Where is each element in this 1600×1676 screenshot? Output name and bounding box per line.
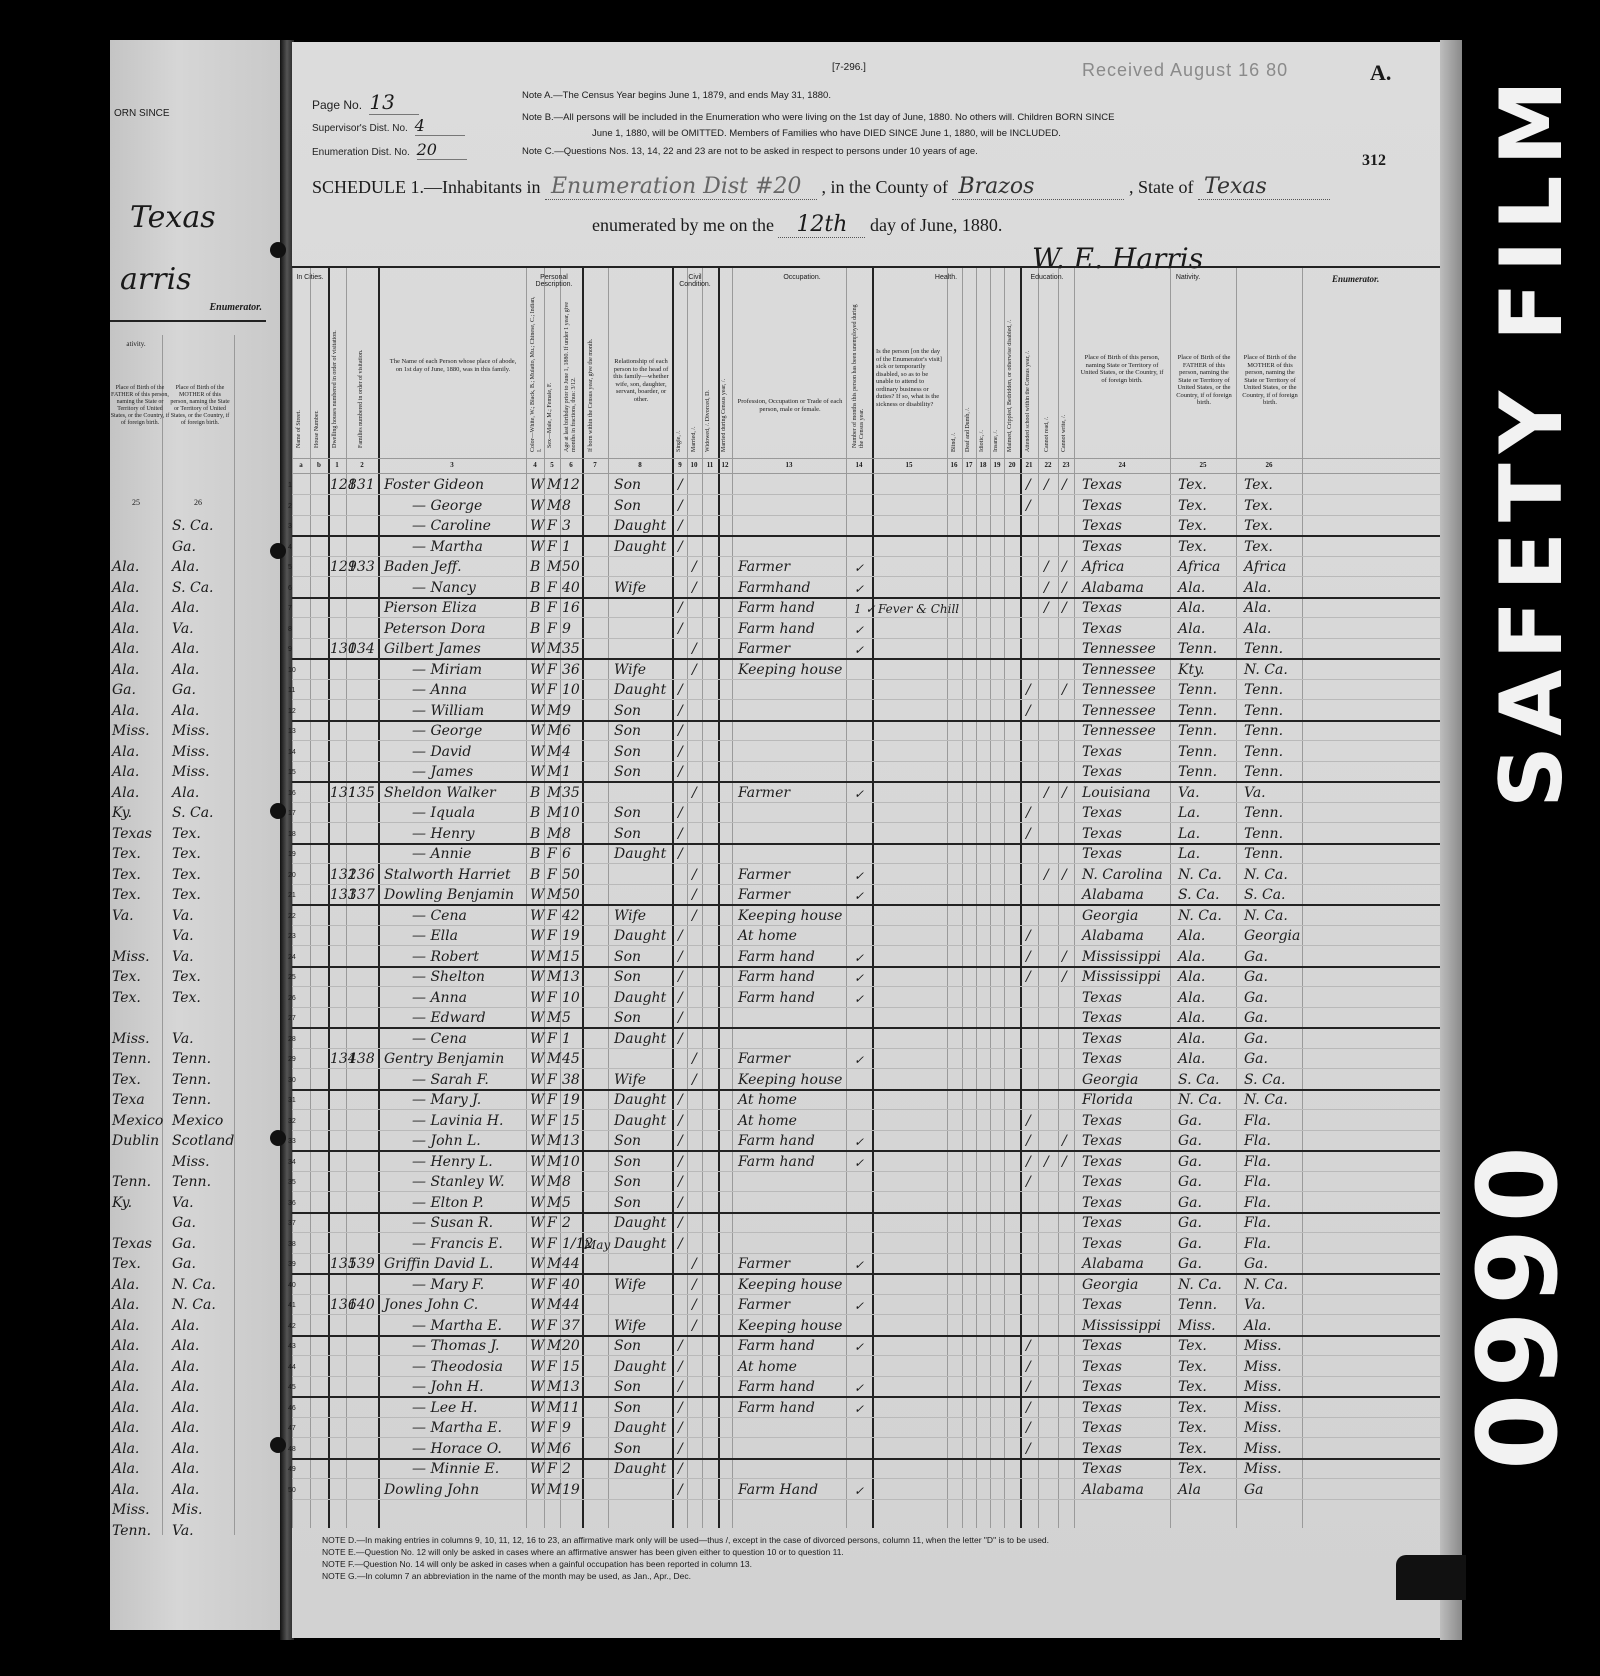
left-page-row: Tex.Tex. xyxy=(110,844,266,864)
relationship: Daught xyxy=(614,1236,666,1252)
table-row: 2424— RobertWM15Son/Farm hand✓//Mississi… xyxy=(292,946,1440,968)
color-code: W xyxy=(530,498,544,514)
table-row: 1616131135Sheldon WalkerBM35/Farmer✓//Lo… xyxy=(292,782,1440,803)
relationship: Son xyxy=(614,1174,641,1190)
birthplace: Texas xyxy=(1082,1400,1122,1416)
person-name: — Martha xyxy=(412,539,483,555)
age: 15 xyxy=(562,1359,580,1375)
person-name: — Nancy xyxy=(412,580,476,596)
enum-suffix: day of June, 1880. xyxy=(870,215,1002,235)
color-code: W xyxy=(530,1297,544,1313)
note-a: Note A.—The Census Year begins June 1, 1… xyxy=(522,90,831,101)
line-number: 36 xyxy=(288,1200,296,1207)
person-name: Foster Gideon xyxy=(384,477,484,493)
table-row: 2929134138Gentry BenjaminWM45/Farmer✓Tex… xyxy=(292,1048,1440,1069)
mother-birthplace: Tex. xyxy=(172,990,201,1006)
mother-birthplace: N. Ca. xyxy=(172,1297,216,1313)
occupation: Keeping house xyxy=(738,908,842,924)
age: 15 xyxy=(562,1113,580,1129)
mother-birthplace: Va. xyxy=(1244,785,1266,801)
family-number: 140 xyxy=(348,1297,375,1313)
mother-birthplace: Mexico xyxy=(172,1113,223,1129)
table-row: 3333— John L.WM13Son/Farm hand✓//TexasGa… xyxy=(292,1130,1440,1152)
person-name: — Theodosia xyxy=(412,1359,503,1375)
mother-birthplace: Tex. xyxy=(1244,518,1273,534)
relationship: Son xyxy=(614,1379,641,1395)
birthplace: Tennessee xyxy=(1082,662,1156,678)
mother-birthplace: N. Ca. xyxy=(1244,662,1288,678)
sex-code: M xyxy=(547,1195,561,1211)
cannot-write-mark: / xyxy=(1062,580,1067,596)
mother-birthplace: N. Ca. xyxy=(1244,867,1288,883)
mother-birthplace: S. Ca. xyxy=(1244,887,1286,903)
line-number: 19 xyxy=(288,851,296,858)
school-mark: / xyxy=(1026,805,1031,821)
person-name: — Miriam xyxy=(412,662,482,678)
color-code: W xyxy=(530,1420,544,1436)
mother-birthplace: Ala. xyxy=(1244,1318,1271,1334)
col-18-header: Idiotic, /. xyxy=(979,408,986,452)
mother-birthplace: Mis. xyxy=(172,1502,202,1518)
left-page-row: Tex.Tex. xyxy=(110,865,266,885)
cannot-write-mark: / xyxy=(1062,949,1067,965)
table-row: 4949— Minnie E.WF2Daught/TexasTex.Miss. xyxy=(292,1458,1440,1479)
age: 38 xyxy=(562,1072,580,1088)
mother-birthplace: Fla. xyxy=(1244,1215,1271,1231)
mother-birthplace: Tenn. xyxy=(172,1072,211,1088)
mother-birthplace: Va. xyxy=(172,1523,194,1539)
table-row: 1414— DavidWM4Son/TexasTenn.Tenn. xyxy=(292,741,1440,762)
father-birthplace: Ala. xyxy=(112,744,139,760)
table-row: 3232— Lavinia H.WF15Daught/At home/Texas… xyxy=(292,1110,1440,1131)
age: 9 xyxy=(562,703,571,719)
column-number: 26 xyxy=(1266,461,1273,469)
age: 10 xyxy=(562,805,580,821)
mother-birthplace: Ga. xyxy=(172,539,196,555)
married-mark: / xyxy=(692,1072,697,1088)
father-birthplace: Ky. xyxy=(112,1195,132,1211)
film-label: SAFETY FILM xyxy=(1482,70,1582,808)
sex-code: M xyxy=(547,1010,561,1026)
birthplace: Louisiana xyxy=(1082,785,1151,801)
birthplace: Texas xyxy=(1082,1461,1122,1477)
occupation: Farm hand xyxy=(738,1400,815,1416)
months-unemployed: ✓ xyxy=(854,1484,864,1498)
father-birthplace: Tex. xyxy=(112,990,141,1006)
school-mark: / xyxy=(1026,1133,1031,1149)
mother-birthplace: S. Ca. xyxy=(1244,1072,1286,1088)
sex-code: M xyxy=(547,887,561,903)
father-birthplace: Africa xyxy=(1178,559,1220,575)
father-birthplace: Tex. xyxy=(1178,1441,1207,1457)
divider xyxy=(110,320,266,322)
mother-birthplace: Miss. xyxy=(1244,1420,1282,1436)
left-nativity-label: ativity. xyxy=(106,341,166,348)
father-birthplace: Tex. xyxy=(112,867,141,883)
table-row: 77Pierson ElizaBF16/Farm hand1 ✓Fever & … xyxy=(292,597,1440,618)
person-name: Dowling Benjamin xyxy=(384,887,514,903)
sex-code: M xyxy=(547,477,561,493)
occupation: Farmer xyxy=(738,1297,790,1313)
line-number: 17 xyxy=(288,810,296,817)
father-birthplace: Ala. xyxy=(112,1338,139,1354)
sex-code: M xyxy=(547,559,561,575)
father-birthplace: Ala. xyxy=(112,1420,139,1436)
birthplace: Texas xyxy=(1082,1359,1122,1375)
left-page-enumerator: arris xyxy=(120,262,192,297)
relationship: Daught xyxy=(614,928,666,944)
months-unemployed: 1 ✓ xyxy=(854,602,876,616)
birthplace: N. Carolina xyxy=(1082,867,1163,883)
color-code: W xyxy=(530,662,544,678)
relationship: Wife xyxy=(614,1277,646,1293)
mother-birthplace: N. Ca. xyxy=(1244,908,1288,924)
family-number: 135 xyxy=(348,785,375,801)
color-code: W xyxy=(530,723,544,739)
group-education: Education. xyxy=(1020,274,1074,281)
col-16-header: Blind, /. xyxy=(951,418,958,452)
sex-code: M xyxy=(547,785,561,801)
mother-birthplace: Ala. xyxy=(172,1379,199,1395)
table-row: 3939135139Griffin David L.WM44/Farmer✓Al… xyxy=(292,1253,1440,1275)
column-number: 24 xyxy=(1119,461,1126,469)
mother-birthplace: Ga. xyxy=(172,1236,196,1252)
col-a-header: Name of Street. xyxy=(296,388,303,448)
note-b-line2: June 1, 1880, will be OMITTED. Members o… xyxy=(592,128,1061,139)
occupation: Farmer xyxy=(738,1051,790,1067)
age: 1 xyxy=(562,764,571,780)
months-unemployed: ✓ xyxy=(854,1135,864,1149)
married-mark: / xyxy=(692,1277,697,1293)
person-name: — George xyxy=(412,498,482,514)
school-mark: / xyxy=(1026,1338,1031,1354)
left-page-row: Ala.Ala. xyxy=(110,1316,266,1336)
occupation: Farm hand xyxy=(738,1379,815,1395)
note-e: NOTE E.—Question No. 12 will only be ask… xyxy=(322,1546,1049,1558)
occupation: Farmer xyxy=(738,641,790,657)
column-number: 5 xyxy=(550,461,554,469)
col-1-header: Dwelling houses numbered in order of vis… xyxy=(332,308,339,448)
person-name: — Minnie E. xyxy=(412,1461,499,1477)
father-birthplace: Kty. xyxy=(1178,662,1205,678)
relationship: Son xyxy=(614,723,641,739)
cannot-write-mark: / xyxy=(1062,785,1067,801)
cannot-write-mark: / xyxy=(1062,682,1067,698)
person-name: — Martha E. xyxy=(412,1318,502,1334)
col-10-header: Married, /. xyxy=(691,408,698,452)
col-2-header: Families numbered in order of visitation… xyxy=(358,308,365,448)
father-birthplace: Ala. xyxy=(1178,969,1205,985)
column-number: 12 xyxy=(722,461,729,469)
table-row: 2222— CenaWF42Wife/Keeping houseGeorgiaN… xyxy=(292,905,1440,926)
sex-code: M xyxy=(547,969,561,985)
left-page-row: Ala.N. Ca. xyxy=(110,1295,266,1315)
relationship: Wife xyxy=(614,908,646,924)
mother-birthplace: Miss. xyxy=(1244,1441,1282,1457)
table-row: 11128131Foster GideonWM12Son////TexasTex… xyxy=(292,474,1440,495)
schedule-title: SCHEDULE 1.—Inhabitants in Enumeration D… xyxy=(312,174,1330,200)
relationship: Daught xyxy=(614,1215,666,1231)
left-page-row: TexasTex. xyxy=(110,824,266,844)
sex-code: M xyxy=(547,1379,561,1395)
mother-birthplace: Ga. xyxy=(172,682,196,698)
family-number: 137 xyxy=(348,887,375,903)
age: 9 xyxy=(562,621,571,637)
occupation: Farmer xyxy=(738,887,790,903)
birthplace: Georgia xyxy=(1082,1072,1138,1088)
color-code: W xyxy=(530,1072,544,1088)
age: 8 xyxy=(562,1174,571,1190)
left-col25-header: Place of Birth of the FATHER of this per… xyxy=(110,385,170,427)
birthplace: Texas xyxy=(1082,1297,1122,1313)
table-row: 4242— Martha E.WF37Wife/Keeping houseMis… xyxy=(292,1315,1440,1337)
person-name: — Cena xyxy=(412,908,467,924)
left-page-row: Ala.Ala. xyxy=(110,1439,266,1459)
birthplace: Texas xyxy=(1082,805,1122,821)
table-row: 1515— JamesWM1Son/TexasTenn.Tenn. xyxy=(292,761,1440,783)
sex-code: M xyxy=(547,703,561,719)
father-birthplace: Ala. xyxy=(1178,621,1205,637)
father-birthplace: Tex. xyxy=(1178,498,1207,514)
age: 40 xyxy=(562,580,580,596)
group-personal: Personal Description. xyxy=(526,274,582,288)
person-name: — Horace O. xyxy=(412,1441,502,1457)
color-code: W xyxy=(530,1215,544,1231)
relationship: Daught xyxy=(614,1359,666,1375)
column-number: b xyxy=(317,461,321,469)
census-page: [7-296.] Received August 16 80 A. 312 Pa… xyxy=(292,42,1440,1638)
table-row: 4343— Thomas J.WM20Son/Farm hand✓/TexasT… xyxy=(292,1335,1440,1356)
relationship: Daught xyxy=(614,990,666,1006)
father-birthplace: Texa xyxy=(112,1092,145,1108)
person-name: — Mary F. xyxy=(412,1277,484,1293)
father-birthplace: Ala. xyxy=(112,703,139,719)
census-table: In Cities. Personal Description. Civil C… xyxy=(292,268,1440,1528)
person-name: — Lee H. xyxy=(412,1400,477,1416)
months-unemployed: ✓ xyxy=(854,889,864,903)
sex-code: F xyxy=(547,928,557,944)
father-birthplace: Tex. xyxy=(112,1072,141,1088)
color-code: W xyxy=(530,908,544,924)
months-unemployed: ✓ xyxy=(854,869,864,883)
left-page-row: Miss. xyxy=(110,1152,266,1172)
line-number: 25 xyxy=(288,974,296,981)
left-page-row: Ky.Va. xyxy=(110,1193,266,1213)
birthplace: Texas xyxy=(1082,826,1122,842)
left-page-row: Tex.Tex. xyxy=(110,988,266,1008)
mother-birthplace: Tenn. xyxy=(172,1174,211,1190)
col-13-header: Profession, Occupation or Trade of each … xyxy=(736,398,844,413)
father-birthplace: Tenn. xyxy=(112,1174,151,1190)
table-row: 1313— GeorgeWM6Son/TennesseeTenn.Tenn. xyxy=(292,720,1440,741)
age: 36 xyxy=(562,662,580,678)
person-name: — Francis E. xyxy=(412,1236,503,1252)
family-number: 134 xyxy=(348,641,375,657)
sex-code: M xyxy=(547,1297,561,1313)
father-birthplace: Tex. xyxy=(1178,1359,1207,1375)
age: 42 xyxy=(562,908,580,924)
left-page-row: Tex.Tenn. xyxy=(110,1070,266,1090)
table-row: 3636— Elton P.WM5Son/TexasGa.Fla. xyxy=(292,1192,1440,1214)
table-row: 4040— Mary F.WF40Wife/Keeping houseGeorg… xyxy=(292,1274,1440,1295)
footer-notes: NOTE D.—In making entries in columns 9, … xyxy=(322,1534,1049,1582)
birthplace: Georgia xyxy=(1082,1277,1138,1293)
line-number: 11 xyxy=(288,687,295,694)
mother-birthplace: Georgia xyxy=(1244,928,1300,944)
person-name: Gentry Benjamin xyxy=(384,1051,504,1067)
enumeration-field: Enumeration Dist. No. 20 xyxy=(312,140,467,160)
sex-code: M xyxy=(547,1174,561,1190)
supervisor-value: 4 xyxy=(415,116,465,136)
relationship: Son xyxy=(614,498,641,514)
cannot-read-mark: / xyxy=(1044,580,1049,596)
column-number: 16 xyxy=(951,461,958,469)
person-name: — David xyxy=(412,744,471,760)
married-mark: / xyxy=(692,1318,697,1334)
mother-birthplace: Tenn. xyxy=(1244,641,1283,657)
col-3-header: The Name of each Person whose place of a… xyxy=(388,358,518,373)
mother-birthplace: Ala. xyxy=(172,1441,199,1457)
sex-code: F xyxy=(547,1420,557,1436)
line-number: 45 xyxy=(288,1384,296,1391)
age: 45 xyxy=(562,1051,580,1067)
color-code: W xyxy=(530,1441,544,1457)
left-col26-header: Place of Birth of the MOTHER of this per… xyxy=(170,385,230,427)
single-mark: / xyxy=(678,703,683,719)
page-letter: A. xyxy=(1370,60,1391,86)
relationship: Daught xyxy=(614,1420,666,1436)
father-birthplace: Tex. xyxy=(1178,1420,1207,1436)
mother-birthplace: Fla. xyxy=(1244,1174,1271,1190)
table-row: 2121133137Dowling BenjaminWM50/Farmer✓Al… xyxy=(292,884,1440,906)
age: 9 xyxy=(562,1420,571,1436)
line-number: 44 xyxy=(288,1364,296,1371)
father-birthplace: Ala. xyxy=(112,1277,139,1293)
left-page-row: TexasGa. xyxy=(110,1234,266,1254)
person-name: Peterson Dora xyxy=(384,621,485,637)
single-mark: / xyxy=(678,1359,683,1375)
color-code: W xyxy=(530,1482,544,1498)
line-number: 27 xyxy=(288,1015,296,1022)
enum-day-value: 12th xyxy=(778,212,865,238)
father-birthplace: Tex. xyxy=(112,846,141,862)
months-unemployed: ✓ xyxy=(854,1156,864,1170)
table-row: 2727— EdwardWM5Son/TexasAla.Ga. xyxy=(292,1007,1440,1029)
mother-birthplace: S. Ca. xyxy=(172,805,214,821)
relationship: Son xyxy=(614,703,641,719)
cannot-write-mark: / xyxy=(1062,1154,1067,1170)
months-unemployed: ✓ xyxy=(854,623,864,637)
left-page-row: Ala.Ala. xyxy=(110,1377,266,1397)
table-row: 1212— WilliamWM9Son//TennesseeTenn.Tenn. xyxy=(292,700,1440,722)
color-code: W xyxy=(530,1195,544,1211)
table-row: 4646— Lee H.WM11Son/Farm hand✓/TexasTex.… xyxy=(292,1397,1440,1418)
line-number: 18 xyxy=(288,831,296,838)
mother-birthplace: Tex. xyxy=(1244,477,1273,493)
school-mark: / xyxy=(1026,969,1031,985)
single-mark: / xyxy=(678,1420,683,1436)
school-mark: / xyxy=(1026,928,1031,944)
sex-code: F xyxy=(547,580,557,596)
color-code: W xyxy=(530,1010,544,1026)
single-mark: / xyxy=(678,949,683,965)
cannot-read-mark: / xyxy=(1044,867,1049,883)
line-number: 1 xyxy=(288,482,292,489)
column-number: 15 xyxy=(906,461,913,469)
person-name: — Henry L. xyxy=(412,1154,493,1170)
father-birthplace: Tenn. xyxy=(1178,764,1217,780)
line-number: 15 xyxy=(288,769,296,776)
col-19-header: Insane, /. xyxy=(993,408,1000,452)
color-code: W xyxy=(530,969,544,985)
group-occupation: Occupation. xyxy=(732,274,872,281)
school-mark: / xyxy=(1026,1379,1031,1395)
line-number: 47 xyxy=(288,1425,296,1432)
married-mark: / xyxy=(692,1256,697,1272)
father-birthplace: Ala xyxy=(1178,1482,1201,1498)
sex-code: F xyxy=(547,1461,557,1477)
cannot-write-mark: / xyxy=(1062,867,1067,883)
line-number: 46 xyxy=(288,1405,296,1412)
column-number: 19 xyxy=(994,461,1001,469)
single-mark: / xyxy=(678,498,683,514)
mother-birthplace: Miss. xyxy=(172,764,210,780)
family-number: 133 xyxy=(348,559,375,575)
relationship: Son xyxy=(614,477,641,493)
county-label: , in the County of xyxy=(821,177,948,197)
age: 50 xyxy=(562,559,580,575)
table-row: 2020132136Stalworth HarrietBF50/Farmer✓/… xyxy=(292,864,1440,885)
birthplace: Texas xyxy=(1082,498,1122,514)
father-birthplace: Ga. xyxy=(1178,1133,1202,1149)
sex-code: F xyxy=(547,539,557,555)
person-name: — Sarah F. xyxy=(412,1072,489,1088)
age: 16 xyxy=(562,600,580,616)
sex-code: M xyxy=(547,1482,561,1498)
birthplace: Texas xyxy=(1082,1338,1122,1354)
sex-code: F xyxy=(547,1072,557,1088)
line-number: 38 xyxy=(288,1241,296,1248)
father-birthplace: La. xyxy=(1178,846,1200,862)
relationship: Son xyxy=(614,826,641,842)
age: 10 xyxy=(562,682,580,698)
occupation: Farm hand xyxy=(738,990,815,1006)
mother-birthplace: Tex. xyxy=(1244,539,1273,555)
line-number: 14 xyxy=(288,749,296,756)
married-mark: / xyxy=(692,641,697,657)
person-name: Dowling John xyxy=(384,1482,479,1498)
enumeration-value: 20 xyxy=(417,140,467,160)
single-mark: / xyxy=(678,1195,683,1211)
mother-birthplace: Tenn. xyxy=(1244,703,1283,719)
note-c: Note C.—Questions Nos. 13, 14, 22 and 23… xyxy=(522,146,978,157)
color-code: B xyxy=(530,846,540,862)
left-page-row: Ala.Ala. xyxy=(110,1398,266,1418)
age: 5 xyxy=(562,1195,571,1211)
mother-birthplace: Ala. xyxy=(1244,621,1271,637)
age: 3 xyxy=(562,518,571,534)
left-page-row: Miss.Va. xyxy=(110,1029,266,1049)
table-row: 1111— AnnaWF10Daught///TennesseeTenn.Ten… xyxy=(292,679,1440,700)
relationship: Daught xyxy=(614,846,666,862)
person-name: — Anna xyxy=(412,682,467,698)
column-numbers-row: ab12345678910111213141516171819202122232… xyxy=(292,458,1440,474)
father-birthplace: Ala. xyxy=(1178,990,1205,1006)
mother-birthplace: Tex. xyxy=(1244,498,1273,514)
age: 4 xyxy=(562,744,571,760)
father-birthplace: Va. xyxy=(112,908,134,924)
father-birthplace: Ga. xyxy=(1178,1174,1202,1190)
